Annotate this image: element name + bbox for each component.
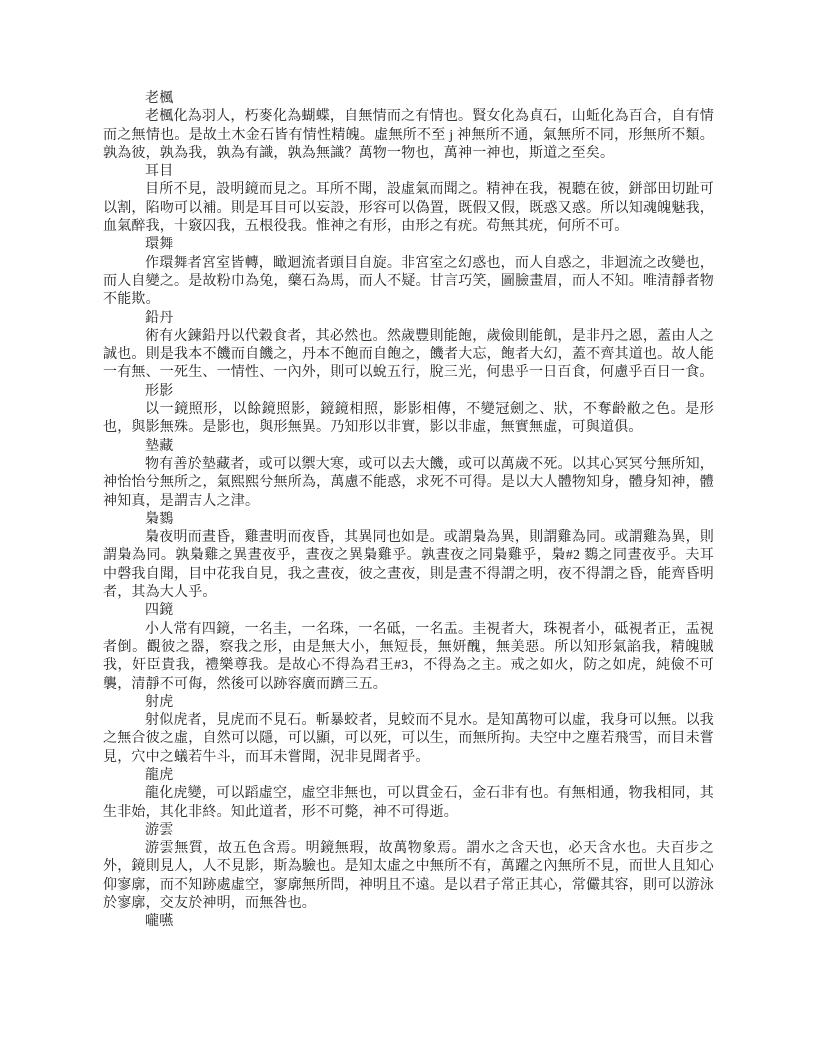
text-section-huanwu: 環舞 作環舞者宮室皆轉，瞰迴流者頭目自旋。非宮室之幻惑也，而人自惑之，非迴流之改…: [103, 236, 714, 309]
text-section-zhecang: 墊藏 物有善於墊藏者，或可以禦大寒，或可以去大饑，或可以萬歲不死。以其心冥冥兮無…: [103, 438, 714, 511]
section-paragraph: 射似虎者，見虎而不見石。斬暴蛟者，見蛟而不見水。是知萬物可以虛，我身可以無。以我…: [103, 712, 714, 767]
section-paragraph: 梟夜明而晝昏，雞晝明而夜昏，其異同也如是。或謂梟為異，則謂雞為同。或謂雞為異，則…: [103, 529, 714, 602]
text-section-longhu: 龍虎 龍化虎變，可以蹈虛空，虛空非無也，可以貫金石，金石非有也。有無相通，物我相…: [103, 767, 714, 822]
section-paragraph: 目所不見，設明鏡而見之。耳所不聞，設虛氣而聞之。精神在我，視聽在彼，鉼部田切趾可…: [103, 181, 714, 236]
text-section-longyan: 嚨嚥: [103, 913, 714, 931]
section-title: 梟鷚: [103, 511, 714, 529]
section-title: 射虎: [103, 694, 714, 712]
text-section-youyun: 游雲 游雲無質，故五色含焉。明鏡無瑕，故萬物象焉。謂水之含天也，必天含水也。夫百…: [103, 822, 714, 913]
section-paragraph: 作環舞者宮室皆轉，瞰迴流者頭目自旋。非宮室之幻惑也，而人自惑之，非迴流之改變也，…: [103, 255, 714, 310]
section-paragraph: 龍化虎變，可以蹈虛空，虛空非無也，可以貫金石，金石非有也。有無相通，物我相同，其…: [103, 785, 714, 822]
document-page: 老楓 老楓化為羽人，朽麥化為蝴蝶，自無情而之有情也。賢女化為貞石，山蚯化為百合，…: [103, 90, 714, 932]
section-title: 鉛丹: [103, 310, 714, 328]
section-title: 形影: [103, 383, 714, 401]
section-title: 墊藏: [103, 438, 714, 456]
section-paragraph: 老楓化為羽人，朽麥化為蝴蝶，自無情而之有情也。賢女化為貞石，山蚯化為百合，自有情…: [103, 108, 714, 163]
section-title: 嚨嚥: [103, 913, 714, 931]
section-title: 游雲: [103, 822, 714, 840]
section-paragraph: 以一鏡照形，以餘鏡照影，鏡鏡相照，影影相傳，不變冠劍之、狀，不奪齡敝之色。是形也…: [103, 401, 714, 438]
text-section-shehu: 射虎 射似虎者，見虎而不見石。斬暴蛟者，見蛟而不見水。是知萬物可以虛，我身可以無…: [103, 694, 714, 767]
text-section-sijing: 四鏡 小人常有四鏡，一名圭，一名珠，一名砥，一名盂。圭視者大，珠視者小，砥視者正…: [103, 602, 714, 693]
text-section-qiandan: 鉛丹 術有火鍊鉛丹以代穀食者，其必然也。然歲豐則能飽，歲儉則能飢，是非丹之恩，蓋…: [103, 310, 714, 383]
text-section-xingying: 形影 以一鏡照形，以餘鏡照影，鏡鏡相照，影影相傳，不變冠劍之、狀，不奪齡敝之色。…: [103, 383, 714, 438]
text-section-ermu: 耳目 目所不見，設明鏡而見之。耳所不聞，設虛氣而聞之。精神在我，視聽在彼，鉼部田…: [103, 163, 714, 236]
section-paragraph: 物有善於墊藏者，或可以禦大寒，或可以去大饑，或可以萬歲不死。以其心冥冥兮無所知，…: [103, 456, 714, 511]
section-paragraph: 小人常有四鏡，一名圭，一名珠，一名砥，一名盂。圭視者大，珠視者小，砥視者正，盂視…: [103, 621, 714, 694]
section-paragraph: 術有火鍊鉛丹以代穀食者，其必然也。然歲豐則能飽，歲儉則能飢，是非丹之恩，蓋由人之…: [103, 328, 714, 383]
section-title: 耳目: [103, 163, 714, 181]
text-section-xiaoliu: 梟鷚 梟夜明而晝昏，雞晝明而夜昏，其異同也如是。或謂梟為異，則謂雞為同。或謂雞為…: [103, 511, 714, 602]
section-title: 環舞: [103, 236, 714, 254]
section-title: 四鏡: [103, 602, 714, 620]
section-title: 龍虎: [103, 767, 714, 785]
section-paragraph: 游雲無質，故五色含焉。明鏡無瑕，故萬物象焉。謂水之含天也，必天含水也。夫百步之外…: [103, 840, 714, 913]
section-title: 老楓: [103, 90, 714, 108]
text-section-laofeng: 老楓 老楓化為羽人，朽麥化為蝴蝶，自無情而之有情也。賢女化為貞石，山蚯化為百合，…: [103, 90, 714, 163]
